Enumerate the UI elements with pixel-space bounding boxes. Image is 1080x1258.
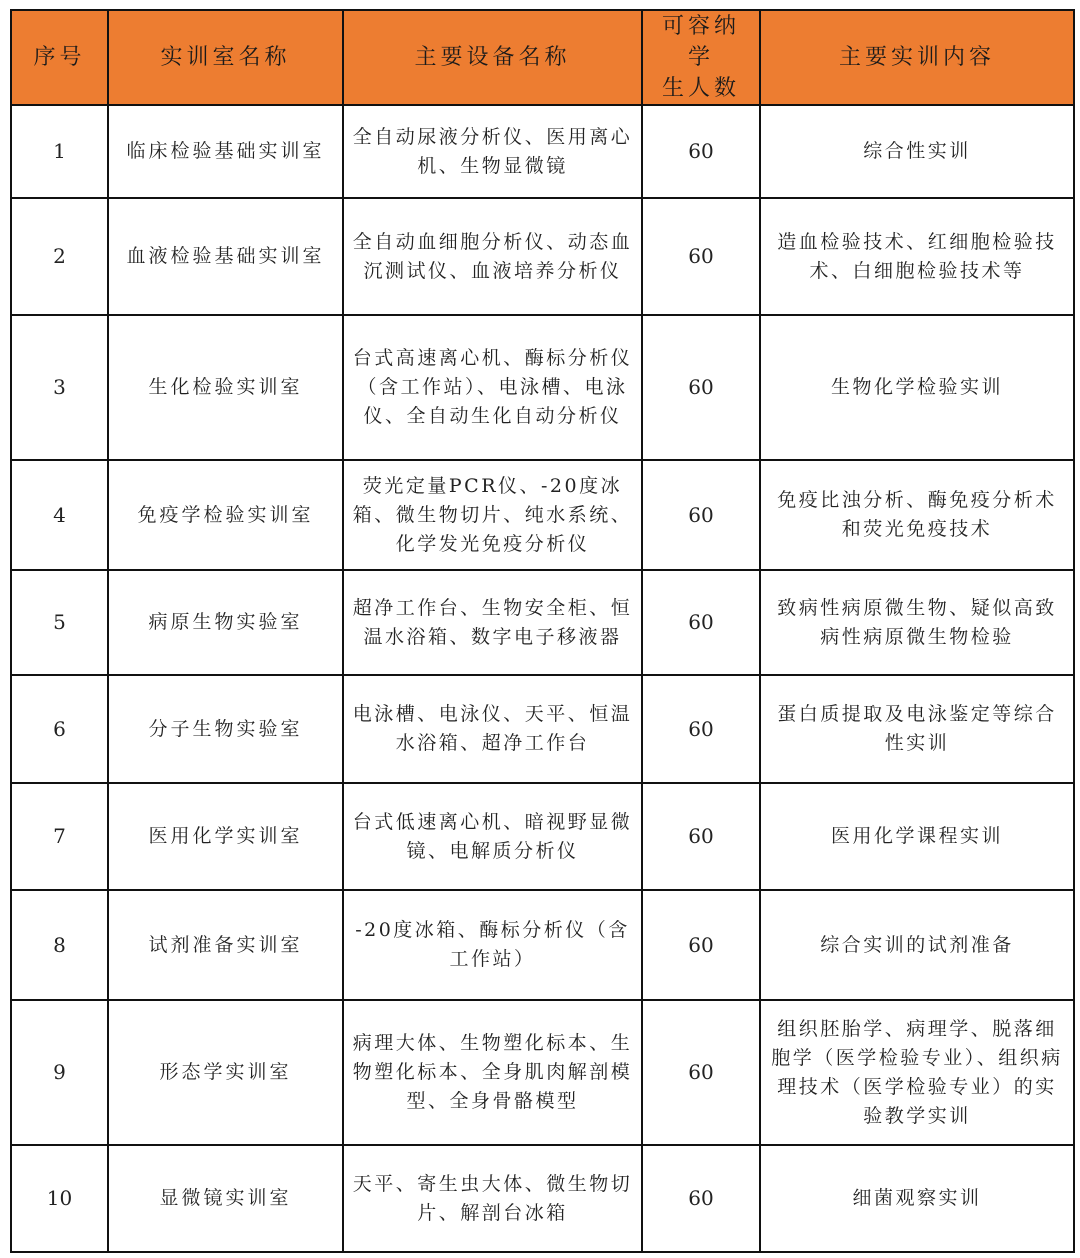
cell-room-name: 生化检验实训室 bbox=[108, 315, 343, 460]
cell-capacity: 60 bbox=[642, 570, 760, 675]
cell-room-name: 临床检验基础实训室 bbox=[108, 105, 343, 198]
cell-training-content: 免疫比浊分析、酶免疫分析术和荧光免疫技术 bbox=[760, 460, 1074, 570]
cell-capacity: 60 bbox=[642, 1000, 760, 1145]
cell-training-content: 致病性病原微生物、疑似高致病性病原微生物检验 bbox=[760, 570, 1074, 675]
table-row: 7 医用化学实训室 台式低速离心机、暗视野显微镜、电解质分析仪 60 医用化学课… bbox=[11, 783, 1074, 890]
cell-training-content: 组织胚胎学、病理学、脱落细胞学（医学检验专业）、组织病理技术（医学检验专业）的实… bbox=[760, 1000, 1074, 1145]
column-header-capacity: 可容纳学生人数 bbox=[642, 10, 760, 105]
cell-capacity: 60 bbox=[642, 460, 760, 570]
column-header-training-content: 主要实训内容 bbox=[760, 10, 1074, 105]
cell-equipment: 荧光定量PCR仪、-20度冰箱、微生物切片、纯水系统、化学发光免疫分析仪 bbox=[343, 460, 642, 570]
cell-number: 9 bbox=[11, 1000, 108, 1145]
capacity-header-line1: 可容纳学 bbox=[662, 14, 740, 70]
capacity-header-line2: 生人数 bbox=[662, 76, 740, 101]
cell-number: 4 bbox=[11, 460, 108, 570]
cell-number: 6 bbox=[11, 675, 108, 783]
cell-room-name: 病原生物实验室 bbox=[108, 570, 343, 675]
table-row: 9 形态学实训室 病理大体、生物塑化标本、生物塑化标本、全身肌肉解剖模型、全身骨… bbox=[11, 1000, 1074, 1145]
cell-training-content: 细菌观察实训 bbox=[760, 1145, 1074, 1252]
cell-number: 1 bbox=[11, 105, 108, 198]
cell-number: 3 bbox=[11, 315, 108, 460]
cell-training-content: 造血检验技术、红细胞检验技术、白细胞检验技术等 bbox=[760, 198, 1074, 315]
cell-room-name: 血液检验基础实训室 bbox=[108, 198, 343, 315]
cell-equipment: -20度冰箱、酶标分析仪（含工作站） bbox=[343, 890, 642, 1000]
table-row: 8 试剂准备实训室 -20度冰箱、酶标分析仪（含工作站） 60 综合实训的试剂准… bbox=[11, 890, 1074, 1000]
cell-capacity: 60 bbox=[642, 315, 760, 460]
column-header-number: 序号 bbox=[11, 10, 108, 105]
cell-number: 8 bbox=[11, 890, 108, 1000]
table-row: 10 显微镜实训室 天平、寄生虫大体、微生物切片、解剖台冰箱 60 细菌观察实训 bbox=[11, 1145, 1074, 1252]
table-row: 5 病原生物实验室 超净工作台、生物安全柜、恒温水浴箱、数字电子移液器 60 致… bbox=[11, 570, 1074, 675]
cell-training-content: 蛋白质提取及电泳鉴定等综合性实训 bbox=[760, 675, 1074, 783]
cell-training-content: 综合性实训 bbox=[760, 105, 1074, 198]
cell-room-name: 形态学实训室 bbox=[108, 1000, 343, 1145]
cell-capacity: 60 bbox=[642, 198, 760, 315]
cell-number: 10 bbox=[11, 1145, 108, 1252]
cell-capacity: 60 bbox=[642, 783, 760, 890]
table-row: 6 分子生物实验室 电泳槽、电泳仪、天平、恒温水浴箱、超净工作台 60 蛋白质提… bbox=[11, 675, 1074, 783]
cell-room-name: 显微镜实训室 bbox=[108, 1145, 343, 1252]
table-row: 2 血液检验基础实训室 全自动血细胞分析仪、动态血沉测试仪、血液培养分析仪 60… bbox=[11, 198, 1074, 315]
cell-number: 5 bbox=[11, 570, 108, 675]
cell-training-content: 医用化学课程实训 bbox=[760, 783, 1074, 890]
cell-equipment: 全自动尿液分析仪、医用离心机、生物显微镜 bbox=[343, 105, 642, 198]
cell-room-name: 试剂准备实训室 bbox=[108, 890, 343, 1000]
table-header-row: 序号 实训室名称 主要设备名称 可容纳学生人数 主要实训内容 bbox=[11, 10, 1074, 105]
cell-room-name: 分子生物实验室 bbox=[108, 675, 343, 783]
table-row: 3 生化检验实训室 台式高速离心机、酶标分析仪（含工作站）、电泳槽、电泳仪、全自… bbox=[11, 315, 1074, 460]
table-row: 4 免疫学检验实训室 荧光定量PCR仪、-20度冰箱、微生物切片、纯水系统、化学… bbox=[11, 460, 1074, 570]
cell-equipment: 电泳槽、电泳仪、天平、恒温水浴箱、超净工作台 bbox=[343, 675, 642, 783]
cell-equipment: 病理大体、生物塑化标本、生物塑化标本、全身肌肉解剖模型、全身骨骼模型 bbox=[343, 1000, 642, 1145]
cell-equipment: 全自动血细胞分析仪、动态血沉测试仪、血液培养分析仪 bbox=[343, 198, 642, 315]
cell-equipment: 台式低速离心机、暗视野显微镜、电解质分析仪 bbox=[343, 783, 642, 890]
cell-room-name: 医用化学实训室 bbox=[108, 783, 343, 890]
cell-capacity: 60 bbox=[642, 890, 760, 1000]
cell-equipment: 超净工作台、生物安全柜、恒温水浴箱、数字电子移液器 bbox=[343, 570, 642, 675]
cell-number: 2 bbox=[11, 198, 108, 315]
cell-capacity: 60 bbox=[642, 105, 760, 198]
cell-capacity: 60 bbox=[642, 1145, 760, 1252]
training-room-table: 序号 实训室名称 主要设备名称 可容纳学生人数 主要实训内容 1 临床检验基础实… bbox=[10, 9, 1075, 1253]
cell-training-content: 生物化学检验实训 bbox=[760, 315, 1074, 460]
cell-equipment: 天平、寄生虫大体、微生物切片、解剖台冰箱 bbox=[343, 1145, 642, 1252]
cell-equipment: 台式高速离心机、酶标分析仪（含工作站）、电泳槽、电泳仪、全自动生化自动分析仪 bbox=[343, 315, 642, 460]
column-header-equipment: 主要设备名称 bbox=[343, 10, 642, 105]
column-header-room-name: 实训室名称 bbox=[108, 10, 343, 105]
cell-number: 7 bbox=[11, 783, 108, 890]
cell-capacity: 60 bbox=[642, 675, 760, 783]
cell-training-content: 综合实训的试剂准备 bbox=[760, 890, 1074, 1000]
cell-room-name: 免疫学检验实训室 bbox=[108, 460, 343, 570]
table-row: 1 临床检验基础实训室 全自动尿液分析仪、医用离心机、生物显微镜 60 综合性实… bbox=[11, 105, 1074, 198]
